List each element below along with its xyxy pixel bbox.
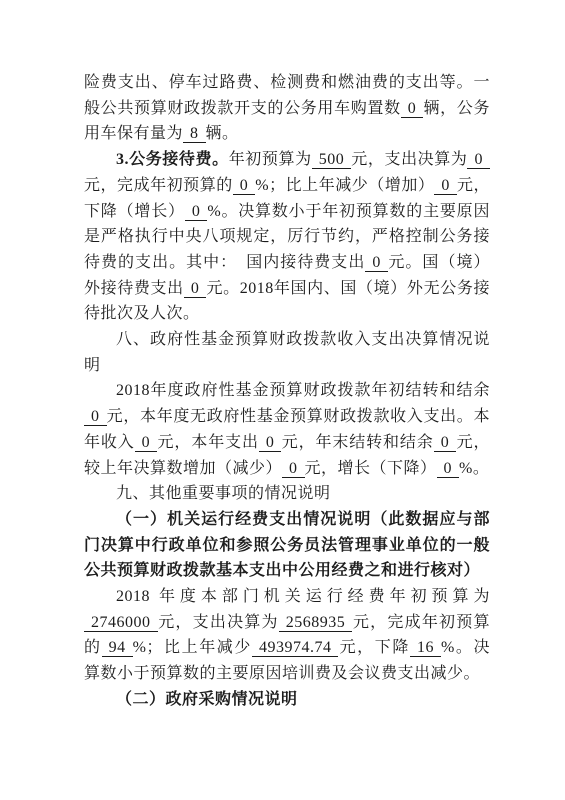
blank-value: 500: [312, 151, 352, 169]
blank-value: 0: [434, 434, 457, 452]
blank-value: 2746000: [84, 614, 158, 632]
blank-value: 94: [102, 639, 133, 657]
blank-value: 0: [467, 151, 490, 169]
text-run: 元，下降: [338, 639, 409, 656]
blank-value: 493974.74: [252, 639, 339, 657]
operating-expense-paragraph: 2018 年度本部门机关运行经费年初预算为2746000元，支出决算为25689…: [84, 584, 490, 687]
text-run: 辆。: [206, 125, 239, 142]
text-run: 年初预算为: [229, 151, 312, 168]
text-run: 元，增长（下降）: [305, 460, 437, 477]
text-run: 九、其他重要事项的情况说明: [116, 485, 331, 502]
text-run: 元，年末结转和结余: [281, 434, 433, 451]
blank-value: 0: [184, 280, 207, 298]
blank-value: 0: [84, 408, 107, 426]
blank-value: 0: [233, 177, 256, 195]
text-run: 2018年度政府性基金预算财政拨款年初结转和结余: [116, 382, 490, 399]
text-run: %；比上年减少（增加）: [255, 177, 434, 194]
text-run: 八、政府性基金预算财政拨款收入支出决算情况说明: [84, 331, 490, 374]
subsection-2-heading: （二）政府采购情况说明: [84, 687, 490, 713]
text-run: 2018 年度本部门机关运行经费年初预算为: [116, 588, 490, 605]
blank-value: 0: [434, 177, 457, 195]
subsection-1-heading: （一）机关运行经费支出情况说明（此数据应与部门决算中行政单位和参照公务员法管理事…: [84, 507, 490, 584]
document-body: 险费支出、停车过路费、检测费和燃油费的支出等。一般公共预算财政拨款开支的公务用车…: [84, 70, 490, 713]
text-run: 元，支出决算为: [158, 614, 279, 631]
text-run: 元，本年支出: [157, 434, 259, 451]
blank-value: 0: [259, 434, 282, 452]
blank-value: 0: [135, 434, 158, 452]
blank-value: 8: [183, 125, 206, 143]
blank-value: 0: [282, 460, 305, 478]
section-8-heading: 八、政府性基金预算财政拨款收入支出决算情况说明: [84, 327, 490, 378]
document-page: 险费支出、停车过路费、检测费和燃油费的支出等。一般公共预算财政拨款开支的公务用车…: [0, 0, 565, 800]
blank-value: 0: [185, 203, 208, 221]
gov-fund-budget-paragraph: 2018年度政府性基金预算财政拨款年初结转和结余0元，本年度无政府性基金预算财政…: [84, 378, 490, 481]
section-9-heading: 九、其他重要事项的情况说明: [84, 481, 490, 507]
blank-value: 16: [410, 639, 441, 657]
text-run: 元，支出决算为: [351, 151, 467, 168]
blank-value: 0: [437, 460, 460, 478]
text-run: %；比上年减少: [133, 639, 252, 656]
text-run: （二）政府采购情况说明: [116, 691, 298, 708]
official-reception-paragraph: 3.公务接待费。年初预算为500元，支出决算为0元，完成年初预算的0%；比上年减…: [84, 147, 490, 327]
blank-value: 0: [365, 254, 388, 272]
text-run: 3.公务接待费。: [116, 151, 229, 168]
blank-value: 0: [401, 100, 424, 118]
text-run: 元，完成年初预算的: [84, 177, 233, 194]
text-run: %。: [459, 460, 489, 477]
blank-value: 2568935: [279, 614, 353, 632]
text-run: （一）机关运行经费支出情况说明（此数据应与部门决算中行政单位和参照公务员法管理事…: [84, 511, 490, 579]
vehicle-expense-paragraph: 险费支出、停车过路费、检测费和燃油费的支出等。一般公共预算财政拨款开支的公务用车…: [84, 70, 490, 147]
